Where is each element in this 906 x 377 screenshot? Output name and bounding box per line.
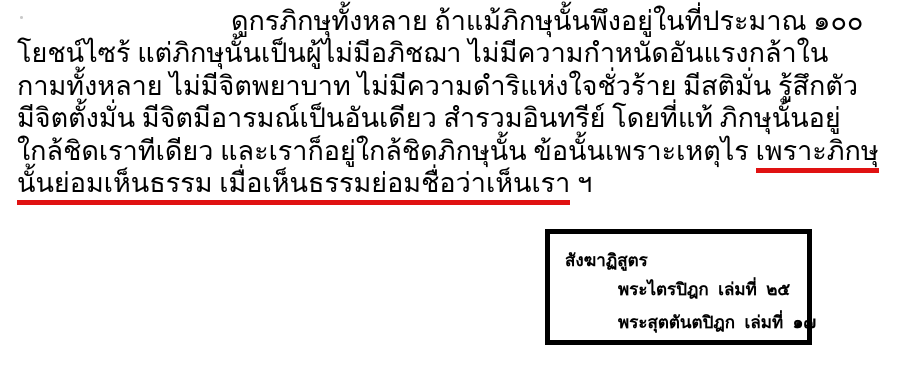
text-segment: ฯ bbox=[570, 168, 592, 198]
red-underlined-phrase: นั้นย่อมเห็นธรรม เมื่อเห็นธรรมย่อมชื่อว่… bbox=[17, 168, 570, 205]
document-page: ดูกรภิกษุทั้งหลาย ถ้าแม้ภิกษุนั้นพึงอยู่… bbox=[0, 0, 906, 377]
citation-line: พระไตรปิฎก เล่มที่ ๒๕ bbox=[618, 280, 816, 300]
citation-box: สังฆาฏิสูตร พระไตรปิฎก เล่มที่ ๒๕พระสุตต… bbox=[545, 229, 812, 345]
text-segment: โยชน์ไซร้ แต่ภิกษุนั้นเป็นผู้ไม่มีอภิชฌา… bbox=[17, 38, 828, 68]
citation-lines: พระไตรปิฎก เล่มที่ ๒๕พระสุตตันตปิฎก เล่ม… bbox=[618, 280, 816, 346]
text-segment: ใกล้ชิดเราทีเดียว และเราก็อยู่ใกล้ชิดภิก… bbox=[17, 136, 756, 166]
citation-title: สังฆาฏิสูตร bbox=[565, 247, 648, 274]
red-underlined-phrase: เพราะภิกษุ bbox=[756, 136, 879, 173]
paragraph-line: โยชน์ไซร้ แต่ภิกษุนั้นเป็นผู้ไม่มีอภิชฌา… bbox=[17, 37, 891, 69]
citation-line: พระสุตตันตปิฎก เล่มที่ ๑๗ bbox=[618, 313, 816, 333]
paragraph-line: ดูกรภิกษุทั้งหลาย ถ้าแม้ภิกษุนั้นพึงอยู่… bbox=[17, 5, 891, 37]
text-segment: กามทั้งหลาย ไม่มีจิตพยาบาท ไม่มีความดำริ… bbox=[17, 71, 858, 101]
text-segment: มีจิตตั้งมั่น มีจิตมีอารมณ์เป็นอันเดียว … bbox=[17, 103, 841, 133]
paragraph-line: กามทั้งหลาย ไม่มีจิตพยาบาท ไม่มีความดำริ… bbox=[17, 70, 891, 102]
scripture-paragraph: ดูกรภิกษุทั้งหลาย ถ้าแม้ภิกษุนั้นพึงอยู่… bbox=[17, 5, 891, 199]
text-segment: ดูกรภิกษุทั้งหลาย ถ้าแม้ภิกษุนั้นพึงอยู่… bbox=[231, 6, 863, 36]
paragraph-line: ใกล้ชิดเราทีเดียว และเราก็อยู่ใกล้ชิดภิก… bbox=[17, 135, 891, 167]
paragraph-line: มีจิตตั้งมั่น มีจิตมีอารมณ์เป็นอันเดียว … bbox=[17, 102, 891, 134]
